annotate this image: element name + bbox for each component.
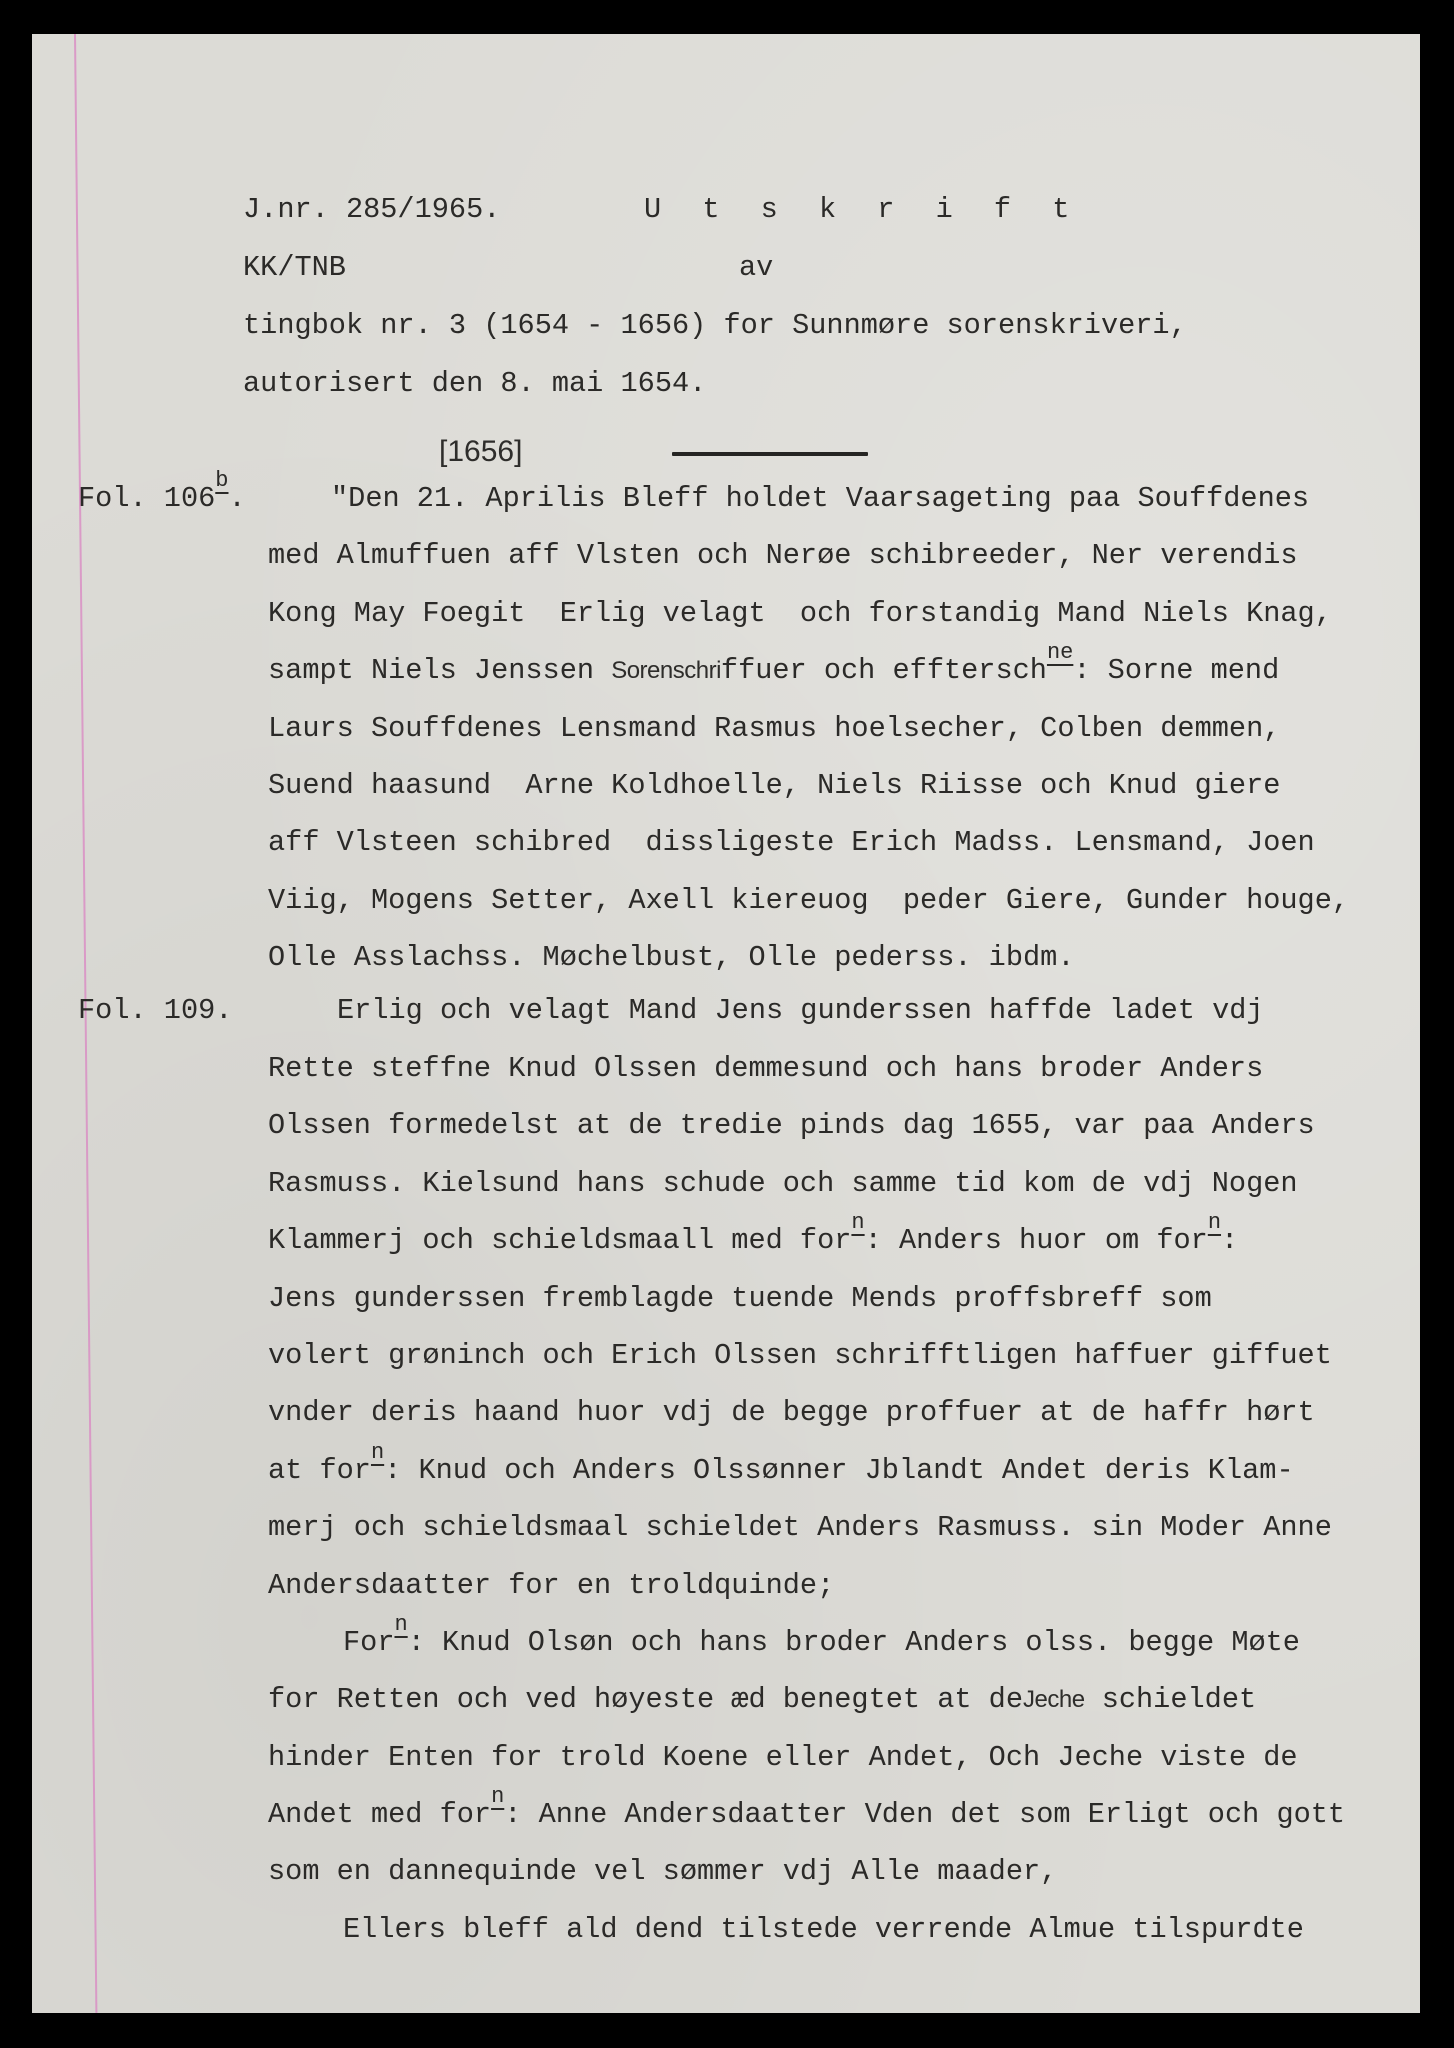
folio-superscript: b <box>215 470 228 492</box>
text-segment: : Anders huor om for <box>865 1224 1208 1257</box>
entry2-line-5: Klammerj och schieldsmaall med forn: And… <box>268 1224 1238 1258</box>
folio-label-109: Fol. 109. <box>78 994 232 1028</box>
text-segment: ffuer och efftersch <box>721 654 1047 687</box>
entry1-line-3: Kong May Foegit Erlig velagt och forstan… <box>268 597 1332 631</box>
entry2-line-2: Rette steffne Knud Olssen demmesund och … <box>268 1052 1263 1086</box>
text-segment: at for <box>268 1454 371 1487</box>
text-segment: : Knud och Anders Olssønner Jblandt Ande… <box>384 1454 1293 1487</box>
superscript-abbrev: n <box>371 1442 384 1464</box>
handwritten-insert: Jeche <box>1023 1686 1085 1713</box>
entry2-line-3: Olssen formedelst at de tredie pinds dag… <box>268 1109 1315 1143</box>
text-segment: : <box>1221 1224 1238 1257</box>
folio-label-106b: Fol. 106b. <box>78 482 246 516</box>
text-segment: : Sorne mend <box>1073 654 1279 687</box>
text-segment: For <box>343 1626 394 1659</box>
entry2-line-11: Andersdaatter for en troldquinde; <box>268 1569 834 1603</box>
entry1-line-7: aff Vlsteen schibred dissligeste Erich M… <box>268 826 1315 860</box>
entry2-line-8: vnder deris haand huor vdj de begge prof… <box>268 1396 1315 1430</box>
superscript-abbrev: ne <box>1047 642 1073 664</box>
entry2-line-9: at forn: Knud och Anders Olssønner Jblan… <box>268 1454 1294 1488</box>
text-segment: Andet med for <box>268 1798 491 1831</box>
text-segment: Klammerj och schieldsmaall med for <box>268 1224 851 1257</box>
entry1-line-6: Suend haasund Arne Koldhoelle, Niels Rii… <box>268 769 1280 803</box>
superscript-abbrev: n <box>851 1212 864 1234</box>
text-segment: sampt Niels Jenssen <box>268 654 611 687</box>
entry2-line-10: merj och schieldsmaal schieldet Anders R… <box>268 1511 1332 1545</box>
entry1-line-4: sampt Niels Jenssen Sorenschriffuer och … <box>268 654 1279 688</box>
handwritten-insert: Sorenschri <box>611 657 721 684</box>
text-segment: : Anne Andersdaatter Vden det som Erligt… <box>504 1798 1345 1831</box>
source-line: tingbok nr. 3 (1654 - 1656) for Sunnmøre… <box>243 309 1187 343</box>
entry1-line-1: "Den 21. Aprilis Bleff holdet Vaarsageti… <box>331 482 1309 516</box>
folio-suffix: . <box>228 482 245 515</box>
para3-line-1: Forn: Knud Olsøn och hans broder Anders … <box>343 1626 1300 1660</box>
document-title: U t s k r i f t <box>644 193 1081 227</box>
superscript-abbrev: n <box>491 1786 504 1808</box>
para3-line-2: for Retten och ved høyeste æd benegtet a… <box>268 1683 1256 1717</box>
entry1-line-8: Viig, Mogens Setter, Axell kiereuog pede… <box>268 884 1349 918</box>
entry1-line-2: med Almuffuen aff Vlsten och Nerøe schib… <box>268 539 1298 573</box>
para3-line-5: som en dannequinde vel sømmer vdj Alle m… <box>268 1855 1057 1889</box>
entry2-line-1: Erlig och velagt Mand Jens gunderssen ha… <box>337 994 1264 1028</box>
superscript-abbrev: n <box>394 1614 407 1636</box>
text-segment: : Knud Olsøn och hans broder Anders olss… <box>408 1626 1300 1659</box>
year-note: [1656] <box>439 435 522 469</box>
header-divider <box>672 452 868 456</box>
entry2-line-7: volert grøninch och Erich Olssen schriff… <box>268 1339 1332 1373</box>
authorized-line: autorisert den 8. mai 1654. <box>243 367 706 401</box>
journal-number: J.nr. 285/1965. <box>243 193 500 227</box>
document-title-av: av <box>739 251 773 285</box>
entry2-line-6: Jens gunderssen fremblagde tuende Mends … <box>268 1282 1212 1316</box>
initials: KK/TNB <box>243 251 346 285</box>
superscript-abbrev: n <box>1208 1212 1221 1234</box>
para3-line-3: hinder Enten for trold Koene eller Andet… <box>268 1741 1298 1775</box>
para4-line-1: Ellers bleff ald dend tilstede verrende … <box>343 1913 1304 1947</box>
para3-line-4: Andet med forn: Anne Andersdaatter Vden … <box>268 1798 1345 1832</box>
folio-number: Fol. 106 <box>78 482 215 515</box>
entry1-line-9: Olle Asslachss. Møchelbust, Olle pederss… <box>268 941 1074 975</box>
text-segment: for Retten och ved høyeste æd benegtet a… <box>268 1683 1023 1716</box>
entry1-line-5: Laurs Souffdenes Lensmand Rasmus hoelsec… <box>268 712 1280 746</box>
text-segment: schieldet <box>1085 1683 1257 1716</box>
entry2-line-4: Rasmuss. Kielsund hans schude och samme … <box>268 1167 1298 1201</box>
document-page: J.nr. 285/1965. U t s k r i f t KK/TNB a… <box>32 34 1420 2013</box>
